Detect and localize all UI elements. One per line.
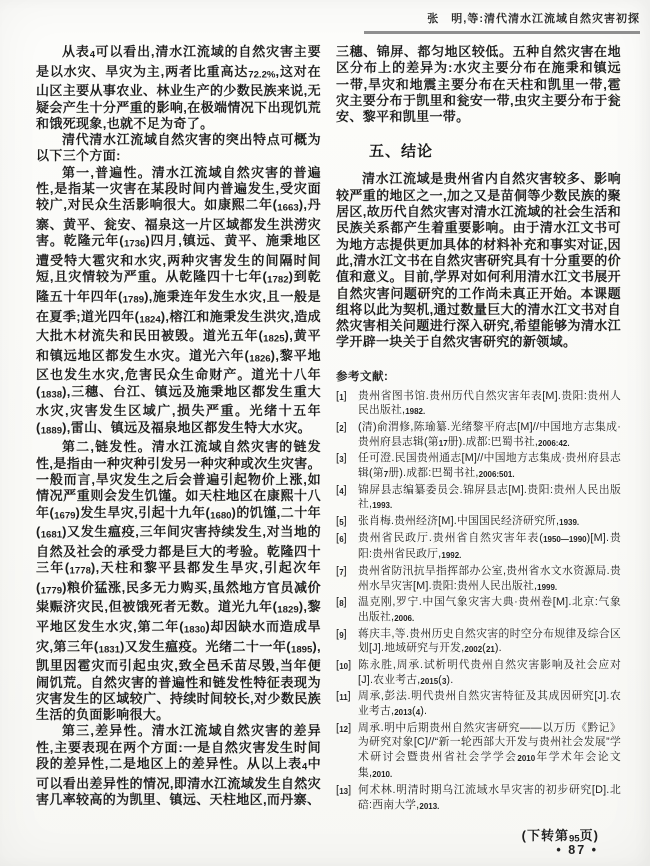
reference-text: 温克刚,罗宁.中国气象灾害大典·贵州卷[M].北京:气象出版社,2006. [358,595,621,626]
two-column-body: 从表4可以看出,清水江流域的自然灾害主要是以水灾、旱灾为主,两者比重高达72.2… [36,44,621,845]
continued-note: (下转第95页) [336,825,621,844]
running-header: 张 明,等:清代清水江流域自然灾害初探 [320,10,640,34]
reference-marker: [3] [336,451,358,482]
body-paragraph: 从表4可以看出,清水江流域的自然灾害主要是以水灾、旱灾为主,两者比重高达72.2… [36,44,321,132]
body-paragraph: 第三,差异性。清水江流域自然灾害的差异性,主要表现在两个方面:一是自然灾害发生时… [36,723,321,808]
reference-item: [12] 周承.明中后期贵州自然灾害研究——以万历《黔记》为研究对象[C]//“… [336,721,621,784]
body-paragraph: 清代清水江流域自然灾害的突出特点可概为以下三个方面: [36,132,321,165]
section-heading-conclusion: 五、结论 [336,140,621,161]
reference-text: 周承,彭法.明代贵州自然灾害特征及其成因研究[J].农业考古,2013(4). [358,689,621,720]
reference-marker: [11] [336,689,358,720]
reference-marker: [4] [336,483,358,514]
reference-item: [3] 任可澄.民国贵州通志[M]//中国地方志集成·贵州府县志辑(第7册).成… [336,451,621,482]
reference-item: [13] 何术林.明清时期乌江流域水旱灾害的初步研究[D].北碚:西南大学,20… [336,783,621,814]
reference-text: (清)俞渭修,陈瑜纂.光绪黎平府志[M]//中国地方志集成·贵州府县志辑(第17… [358,420,621,451]
reference-item: [7] 贵州省防汛抗旱指挥部办公室,贵州省水文水资源局.贵州水旱灾害[M].贵阳… [336,564,621,595]
reference-text: 周承.明中后期贵州自然灾害研究——以万历《黔记》为研究对象[C]//“新一轮西部… [358,721,621,784]
reference-marker: [10] [336,658,358,689]
page-number: • 87 • [556,843,598,857]
left-paragraph-list: 从表4可以看出,清水江流域的自然灾害主要是以水灾、旱灾为主,两者比重高达72.2… [36,44,321,808]
reference-item: [8] 温克刚,罗宁.中国气象灾害大典·贵州卷[M].北京:气象出版社,2006… [336,595,621,626]
reference-item: [5] 张肖梅.贵州经济[M].中国国民经济研究所,1939. [336,514,621,531]
reference-item: [1] 贵州省图书馆.贵州历代自然灾害年表[M].贵阳:贵州人民出版社,1982… [336,389,621,420]
right-column: 三穗、锦屏、都匀地区较低。五种自然灾害在地区分布上的差异为:水灾主要分布在施秉和… [336,44,621,845]
reference-marker: [1] [336,389,358,420]
reference-text: 锦屏县志编纂委员会.锦屏县志[M].贵阳:贵州人民出版社,1993. [358,483,621,514]
reference-marker: [8] [336,595,358,626]
left-column: 从表4可以看出,清水江流域的自然灾害主要是以水灾、旱灾为主,两者比重高达72.2… [36,44,321,845]
reference-text: 何术林.明清时期乌江流域水旱灾害的初步研究[D].北碚:西南大学,2013. [358,783,621,814]
reference-marker: [9] [336,627,358,658]
reference-text: 张肖梅.贵州经济[M].中国国民经济研究所,1939. [358,514,621,531]
reference-item: [11] 周承,彭法.明代贵州自然灾害特征及其成因研究[J].农业考古,2013… [336,689,621,720]
reference-marker: [7] [336,564,358,595]
reference-marker: [6] [336,531,358,564]
continuation-paragraph: 三穗、锦屏、都匀地区较低。五种自然灾害在地区分布上的差异为:水灾主要分布在施秉和… [336,44,621,125]
reference-item: [2] (清)俞渭修,陈瑜纂.光绪黎平府志[M]//中国地方志集成·贵州府县志辑… [336,420,621,451]
body-paragraph: 第二,链发性。清水江流域自然灾害的链发性,是指由一种灾种引发另一种灾种或次生灾害… [36,439,321,723]
reference-list: [1] 贵州省图书馆.贵州历代自然灾害年表[M].贵阳:贵州人民出版社,1982… [336,389,621,815]
reference-item: [10] 陈永胜,周承.试析明代贵州自然灾害影响及社会应对[J].农业考古,20… [336,658,621,689]
references-heading: 参考文献: [336,368,621,384]
reference-text: 陈永胜,周承.试析明代贵州自然灾害影响及社会应对[J].农业考古,2015(3)… [358,658,621,689]
reference-text: 任可澄.民国贵州通志[M]//中国地方志集成·贵州府县志辑(第7册).成都:巴蜀… [358,451,621,482]
reference-marker: [2] [336,420,358,451]
reference-text: 贵州省图书馆.贵州历代自然灾害年表[M].贵阳:贵州人民出版社,1982. [358,389,621,420]
conclusion-paragraph: 清水江流域是贵州省内自然灾害较多、影响较严重的地区之一,加之又是苗侗等少数民族的… [336,171,621,350]
reference-marker: [12] [336,721,358,784]
reference-item: [6] 贵州省民政厅.贵州省自然灾害年表(1950—1990)[M].贵阳:贵州… [336,531,621,564]
reference-marker: [13] [336,783,358,814]
running-title: 张 明,等:清代清水江流域自然灾害初探 [320,10,640,26]
reference-text: 贵州省民政厅.贵州省自然灾害年表(1950—1990)[M].贵阳:贵州省民政厅… [358,531,621,564]
reference-marker: [5] [336,514,358,531]
header-rule [364,31,640,34]
reference-item: [9] 蒋庆丰,等.贵州历史自然灾害的时空分布规律及综合区划[J].地域研究与开… [336,627,621,658]
reference-text: 蒋庆丰,等.贵州历史自然灾害的时空分布规律及综合区划[J].地域研究与开发,20… [358,627,621,658]
reference-text: 贵州省防汛抗旱指挥部办公室,贵州省水文水资源局.贵州水旱灾害[M].贵阳:贵州人… [358,564,621,595]
reference-item: [4] 锦屏县志编纂委员会.锦屏县志[M].贵阳:贵州人民出版社,1993. [336,483,621,514]
scanned-paper-page: 张 明,等:清代清水江流域自然灾害初探 从表4可以看出,清水江流域的自然灾害主要… [0,0,650,866]
body-paragraph: 第一,普遍性。清水江流域自然灾害的普遍性,是指某一灾害在某段时间内普遍发生,受灾… [36,165,321,440]
